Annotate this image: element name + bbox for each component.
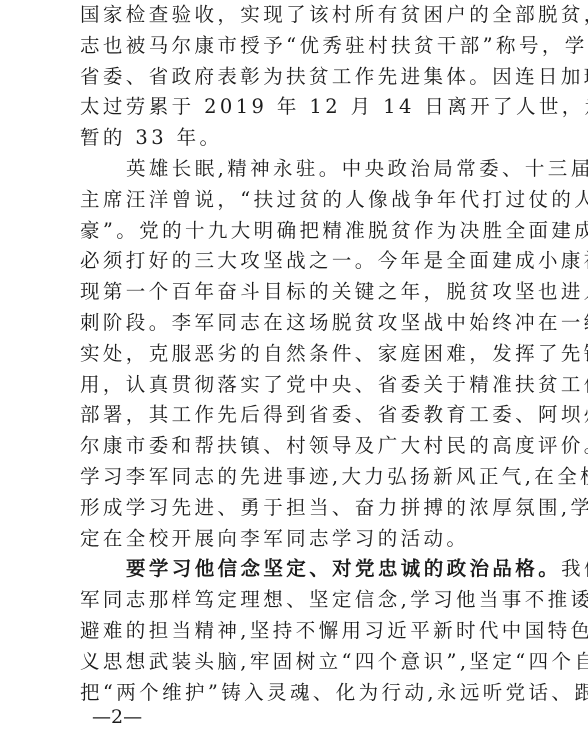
- paragraph-3: 要学习他信念坚定、对党忠诚的政治品格。我们要像李 军同志那样笃定理想、坚定信念,…: [80, 554, 500, 708]
- text-line: 学习李军同志的先进事迹,大力弘扬新风正气,在全校范围内: [80, 462, 500, 493]
- text-line: 尔康市委和帮扶镇、村领导及广大村民的高度评价。为深入: [80, 431, 500, 462]
- text-line: 军同志那样笃定理想、坚定信念,学习他当事不推诿、遇事不: [80, 585, 500, 616]
- text-line: 主席汪洋曾说，“扶过贫的人像战争年代打过仗的人那样自: [80, 185, 500, 216]
- document-page: 国家检查验收，实现了该村所有贫困户的全部脱贫，李军同 志也被马尔康市授予“优秀驻…: [80, 0, 500, 708]
- text-run: 我们要像李: [561, 557, 588, 580]
- text-line: 现第一个百年奋斗目标的关键之年，脱贫攻坚也进入最后冲: [80, 277, 500, 308]
- text-line: 国家检查验收，实现了该村所有贫困户的全部脱贫，李军同: [80, 0, 500, 31]
- text-line: 避难的担当精神,坚持不懈用习近平新时代中国特色社会主: [80, 616, 500, 647]
- text-line: 豪”。党的十九大明确把精准脱贫作为决胜全面建成小康社会: [80, 216, 500, 247]
- text-line: 用，认真贯彻落实了党中央、省委关于精准扶贫工作的安排: [80, 370, 500, 401]
- paragraph-2: 英雄长眠,精神永驻。中央政治局常委、十三届全国政协 主席汪洋曾说，“扶过贫的人像…: [80, 154, 500, 554]
- text-line: 刺阶段。李军同志在这场脱贫攻坚战中始终冲在一线、干在: [80, 308, 500, 339]
- text-line: 志也被马尔康市授予“优秀驻村扶贫干部”称号，学校也被: [80, 31, 500, 62]
- page-number: —2—: [92, 704, 142, 730]
- text-line: 义思想武装头脑,牢固树立“四个意识”,坚定“四个自信”,: [80, 647, 500, 678]
- section-heading: 要学习他信念坚定、对党忠诚的政治品格。: [126, 557, 561, 580]
- text-line: 英雄长眠,精神永驻。中央政治局常委、十三届全国政协: [80, 154, 500, 185]
- text-line: 必须打好的三大攻坚战之一。今年是全面建成小康社会、实: [80, 246, 500, 277]
- text-line: 定在全校开展向李军同志学习的活动。: [80, 524, 500, 555]
- text-line: 形成学习先进、勇于担当、奋力拼搏的浓厚氛围,学校党委决: [80, 493, 500, 524]
- text-line: 实处，克服恶劣的自然条件、家庭困难，发挥了先锋模范作: [80, 339, 500, 370]
- text-line: 部署，其工作先后得到省委、省委教育工委、阿坝州委、马: [80, 400, 500, 431]
- text-line: 要学习他信念坚定、对党忠诚的政治品格。我们要像李: [80, 554, 500, 585]
- text-line: 暂的 33 年。: [80, 123, 500, 154]
- paragraph-1: 国家检查验收，实现了该村所有贫困户的全部脱贫，李军同 志也被马尔康市授予“优秀驻…: [80, 0, 500, 154]
- text-line: 省委、省政府表彰为扶贫工作先进集体。因连日加班，身体: [80, 62, 500, 93]
- text-line: 把“两个维护”铸入灵魂、化为行动,永远听党话、跟党走。: [80, 678, 500, 709]
- text-line: 太过劳累于 2019 年 12 月 14 日离开了人世，走完了他人生短: [80, 92, 500, 123]
